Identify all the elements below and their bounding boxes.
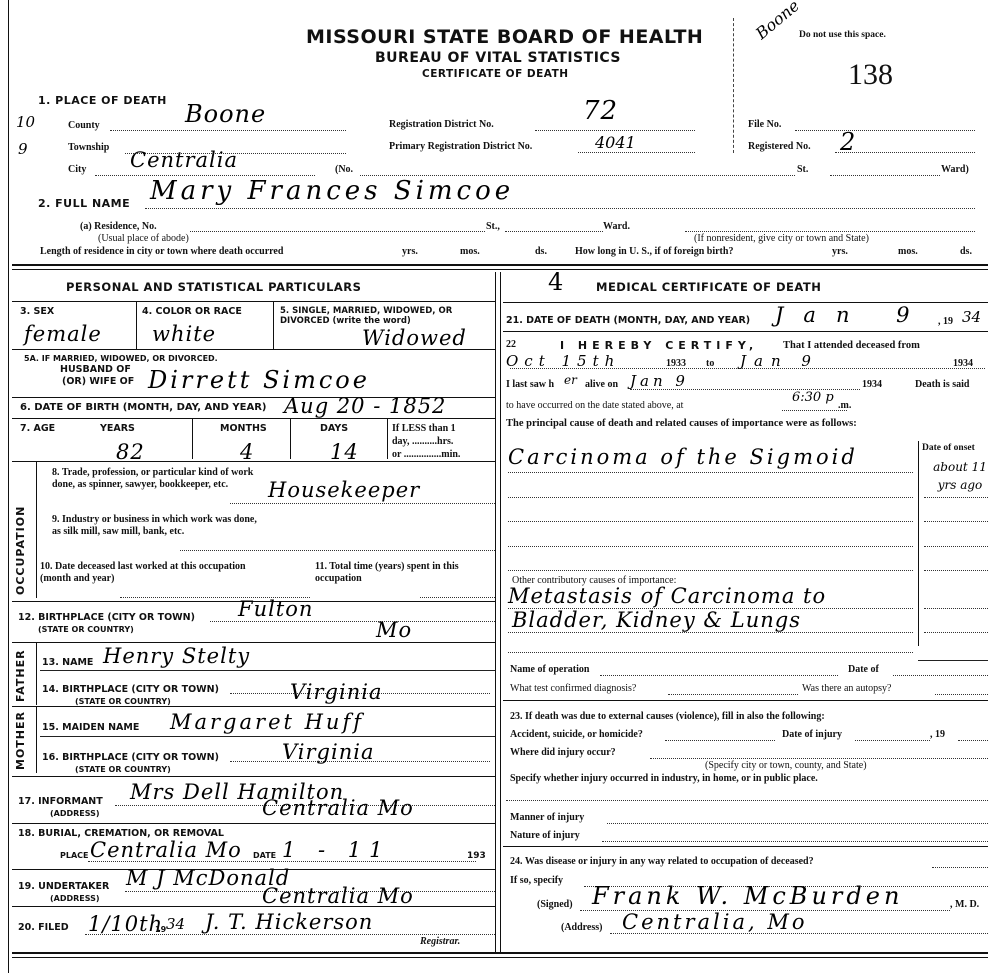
certify-heading: I HEREBY CERTIFY, (560, 339, 758, 352)
md-label: , M. D. (950, 899, 979, 910)
death-said-label: Death is said (915, 379, 969, 390)
burial-field (88, 861, 476, 862)
autopsy-label: Was there an autopsy? (802, 683, 891, 694)
onset-line-1 (924, 497, 988, 498)
age-label: 7. AGE (20, 423, 55, 434)
city-label: City (68, 164, 86, 175)
divider (136, 302, 137, 349)
operation-label: Name of operation (510, 664, 589, 675)
where-field[interactable] (650, 758, 988, 759)
registrar-label: Registrar. (420, 936, 460, 947)
test-label: What test confirmed diagnosis? (510, 683, 636, 694)
onset-box-bottom (918, 660, 988, 661)
stamp-number: 138 (848, 58, 893, 92)
total-time-label: 11. Total time (years) spent in this occ… (315, 561, 465, 585)
where-label: Where did injury occur? (510, 747, 616, 758)
date-last-worked-label: 10. Date deceased last worked at this oc… (40, 561, 260, 585)
alive-on-value[interactable]: Jan 9 (630, 372, 689, 390)
header-bottom-rule (12, 264, 988, 266)
do-not-use-note: Do not use this space. (799, 30, 886, 40)
father-name-value[interactable]: Henry Stelty (103, 644, 250, 668)
us-mos: mos. (898, 246, 918, 257)
industry-label: 9. Industry or business in which work wa… (52, 514, 262, 538)
sex-value[interactable]: female (24, 322, 102, 346)
race-label: 4. COLOR OR RACE (142, 306, 242, 317)
filed-field (85, 934, 495, 935)
father-bracket (36, 643, 37, 705)
nature-field[interactable] (602, 841, 988, 842)
principal-cause-label: The principal cause of death and related… (506, 418, 857, 429)
attended-to-value[interactable]: Jan 9 (740, 352, 819, 370)
signed-label: (Signed) (537, 899, 573, 910)
trade-value: Housekeeper (268, 478, 420, 502)
burial-date-value[interactable]: 1 - 11 (282, 838, 391, 862)
birthplace-state-value: Mo (376, 618, 412, 642)
contributory-line-3 (508, 652, 913, 653)
total-time-field[interactable] (420, 597, 495, 598)
father-birthplace-sublabel: (STATE OR COUNTRY) (75, 697, 171, 706)
rule (12, 301, 495, 302)
physician-address[interactable]: Centralia, Mo (622, 910, 807, 934)
occurred-label: to have occurred on the date stated abov… (506, 400, 683, 411)
age-years-label: YEARS (100, 423, 135, 434)
divider (273, 302, 274, 349)
how-long-us-label: How long in U. S., if of foreign birth? (575, 246, 733, 257)
mother-side-label: MOTHER (14, 711, 27, 770)
nonresident-note: (If nonresident, give city or town and S… (694, 233, 869, 244)
race-value[interactable]: white (152, 322, 216, 346)
residence-label: (a) Residence, No. (80, 221, 157, 232)
time-value[interactable]: 6:30 p (792, 390, 834, 405)
length-yrs: yrs. (402, 246, 418, 257)
spouse-label-husband: HUSBAND OF (60, 364, 131, 375)
divider (290, 419, 291, 459)
accident-field[interactable] (665, 740, 775, 741)
us-yrs: yrs. (832, 246, 848, 257)
registrar-signature: J. T. Hickerson (205, 910, 373, 934)
specify-where-field[interactable] (506, 800, 988, 801)
mother-bracket (36, 707, 37, 773)
manner-field[interactable] (607, 823, 988, 824)
contributory-value-1[interactable]: Metastasis of Carcinoma to (508, 584, 826, 608)
city-value: Centralia (130, 148, 238, 172)
address-label: (Address) (561, 922, 602, 933)
header-bottom-rule-2 (12, 269, 988, 270)
hours-label: day, ..........hrs. (392, 436, 453, 447)
nonresident-field[interactable] (685, 231, 975, 232)
file-no-label: File No. (748, 119, 781, 130)
residence-st-label: St., (486, 221, 500, 232)
mother-birthplace-sublabel: (STATE OR COUNTRY) (75, 765, 171, 774)
burial-year: 193 (467, 851, 486, 861)
mother-birthplace-value: Virginia (282, 740, 374, 764)
onset-line-2 (924, 521, 988, 522)
rule (12, 776, 495, 777)
contributory-value-2[interactable]: Bladder, Kidney & Lungs (512, 608, 801, 632)
residence-ward-field[interactable] (505, 231, 603, 232)
st-label: St. (797, 164, 808, 175)
onset-label: Date of onset (922, 443, 975, 453)
county-field[interactable] (110, 130, 346, 131)
test-field[interactable] (668, 694, 798, 695)
age-months-label: MONTHS (220, 423, 267, 434)
certificate-subtitle: BUREAU OF VITAL STATISTICS (375, 50, 621, 66)
trade-field[interactable] (230, 503, 495, 504)
specify-where-label: Specify whether injury occurred in indus… (510, 773, 818, 784)
mother-birthplace-label: 16. BIRTHPLACE (CITY OR TOWN) (42, 752, 219, 763)
full-name-field[interactable] (145, 208, 975, 209)
rule (503, 846, 988, 847)
us-ds: ds. (960, 246, 972, 257)
rule (40, 670, 495, 671)
corner-scrawl: Boone (752, 0, 803, 43)
left-border (8, 0, 9, 973)
date-of-field[interactable] (893, 675, 988, 676)
place-of-death-label: 1. PLACE OF DEATH (38, 94, 167, 107)
certify-number: 22 (506, 339, 516, 350)
if-so-label: If so, specify (510, 875, 563, 886)
alive-year: 1934 (862, 379, 882, 390)
date-of-label: Date of (848, 664, 879, 675)
last-saw-pronoun[interactable]: er (564, 373, 577, 387)
medical-margin-mark: 4 (548, 268, 564, 296)
onset-line-3 (924, 546, 988, 547)
onset-line-5 (924, 608, 988, 609)
primary-reg-value: 4041 (595, 133, 636, 152)
filed-label: 20. FILED (18, 922, 69, 933)
rule (503, 700, 988, 701)
footer-rule-2 (12, 957, 988, 958)
operation-field[interactable] (600, 675, 838, 676)
less-than-1-label: If LESS than 1 (392, 423, 456, 434)
marital-value[interactable]: Widowed (362, 326, 467, 350)
alive-on-label: alive on (585, 379, 618, 390)
rule (12, 461, 495, 462)
onset-divider (918, 441, 919, 646)
mother-name-label: 15. MAIDEN NAME (42, 722, 139, 733)
principal-cause-value[interactable]: Carcinoma of the Sigmoid (508, 445, 858, 469)
external-causes-label: 23. If death was due to external causes … (510, 711, 825, 722)
contributory-line-2 (508, 632, 913, 633)
rule (12, 418, 495, 419)
onset-line-4 (924, 570, 988, 571)
dob-value[interactable]: Aug 20 - 1852 (284, 394, 446, 418)
dod-year-value[interactable]: 34 (962, 308, 981, 326)
rule (503, 331, 988, 332)
nature-label: Nature of injury (510, 830, 580, 841)
burial-place-label: PLACE (60, 851, 89, 860)
occupation-bracket (36, 462, 37, 598)
cause-line-4 (508, 546, 913, 547)
father-name-label: 13. NAME (42, 657, 93, 668)
attended-from-year: 1933 (666, 358, 686, 369)
injury-date-field[interactable] (855, 740, 930, 741)
time-suffix: .m. (838, 400, 851, 411)
registered-no-label: Registered No. (748, 141, 811, 152)
residence-ward-label: Ward. (603, 221, 630, 232)
burial-date-label: DATE (253, 851, 276, 860)
undertaker-label: 19. UNDERTAKER (18, 881, 109, 892)
cause-line-1 (508, 472, 913, 473)
informant-address-value: Centralia Mo (262, 796, 414, 820)
dod-year-prefix: , 19 (938, 316, 953, 327)
full-name-label: 2. FULL NAME (38, 197, 130, 210)
father-birthplace-value: Virginia (290, 680, 382, 704)
dob-label: 6. DATE OF BIRTH (MONTH, DAY, AND YEAR) (20, 402, 267, 413)
certify-text: That I attended deceased from (783, 340, 920, 351)
residence-sublabel: (Usual place of abode) (98, 233, 189, 244)
spouse-label-wife: (OR) WIFE OF (62, 376, 134, 387)
center-divider-a (495, 272, 496, 952)
length-residence-label: Length of residence in city or town wher… (40, 246, 283, 257)
township-label: Township (68, 142, 109, 153)
margin-note-1: 10 (16, 113, 35, 131)
length-ds: ds. (535, 246, 547, 257)
reg-district-value: 72 (583, 96, 618, 126)
cause-line-3 (508, 521, 913, 522)
informant-label: 17. INFORMANT (18, 796, 103, 807)
accident-label: Accident, suicide, or homicide? (510, 729, 643, 740)
onset-line-6 (924, 632, 988, 633)
length-mos: mos. (460, 246, 480, 257)
reg-district-field[interactable] (535, 130, 695, 131)
autopsy-field[interactable] (935, 694, 988, 695)
rule (12, 906, 495, 907)
age-days-label: DAYS (320, 423, 348, 434)
residence-field[interactable] (190, 231, 485, 232)
registered-no-value: 2 (840, 128, 856, 156)
cause-line-5 (508, 570, 913, 571)
primary-reg-field[interactable] (578, 152, 695, 153)
injury-year-label: , 19 (930, 729, 945, 740)
medical-section-title: MEDICAL CERTIFICATE OF DEATH (596, 280, 821, 294)
minutes-label: or ...............min. (392, 449, 460, 460)
ward-field[interactable] (830, 175, 940, 176)
divider (387, 419, 388, 459)
rule (12, 706, 495, 707)
rule (12, 823, 495, 824)
dod-value[interactable]: Jan 9 (775, 303, 930, 327)
birthplace-city-field[interactable] (210, 621, 495, 622)
marital-label: 5. SINGLE, MARRIED, WIDOWED, OR DIVORCED… (280, 306, 480, 326)
footer-rule (12, 952, 988, 954)
filed-year-prefix: 19 (155, 925, 166, 934)
rule (40, 736, 495, 737)
manner-label: Manner of injury (510, 812, 584, 823)
file-no-field[interactable] (795, 130, 975, 131)
county-value: Boone (185, 100, 266, 128)
cause-line-2 (508, 497, 913, 498)
header-divider (733, 18, 734, 153)
injury-date-label: Date of injury (782, 729, 842, 740)
onset-value[interactable]: about 11 yrs ago (922, 458, 998, 494)
rule (12, 642, 495, 643)
father-side-label: FATHER (14, 649, 27, 702)
form-name: CERTIFICATE OF DEATH (422, 68, 569, 80)
rule (12, 349, 495, 350)
filed-year-value[interactable]: 34 (166, 915, 185, 933)
attended-to-year: 1934 (953, 358, 973, 369)
informant-sublabel: (ADDRESS) (50, 809, 100, 818)
occupation-answer-field[interactable] (932, 867, 988, 868)
filed-date-value[interactable]: 1/10th (88, 912, 163, 936)
ward-label: Ward) (941, 164, 969, 175)
center-divider-b (500, 272, 501, 952)
reg-district-label: Registration District No. (389, 119, 494, 130)
attended-to-label: to (706, 358, 714, 369)
trade-label: 8. Trade, profession, or particular kind… (52, 467, 262, 491)
injury-year-field[interactable] (958, 740, 988, 741)
occupation-side-label: OCCUPATION (14, 506, 27, 595)
county-label: County (68, 120, 100, 131)
sex-label: 3. SEX (20, 306, 54, 317)
physician-signature[interactable]: Frank W. McBurden (592, 882, 903, 910)
primary-reg-label: Primary Registration District No. (389, 141, 532, 152)
birthplace-city-value: Fulton (238, 597, 313, 621)
occupation-question: 24. Was disease or injury in any way rel… (510, 856, 814, 867)
address-field (610, 933, 988, 934)
margin-note-2: 9 (18, 140, 28, 158)
dod-label: 21. DATE OF DEATH (MONTH, DAY, AND YEAR) (506, 315, 750, 326)
undertaker-address-value: Centralia Mo (262, 884, 414, 908)
full-name-value: Mary Frances Simcoe (150, 176, 514, 206)
birthplace-sublabel: (STATE OR COUNTRY) (38, 625, 134, 634)
street-no-label: (No. (335, 164, 353, 175)
mother-name-value[interactable]: Margaret Huff (170, 710, 364, 734)
undertaker-sublabel: (ADDRESS) (50, 894, 100, 903)
certificate-title: MISSOURI STATE BOARD OF HEALTH (306, 26, 703, 48)
burial-place-value[interactable]: Centralia Mo (90, 838, 242, 862)
divider (192, 419, 193, 459)
spouse-value[interactable]: Dirrett Simcoe (148, 366, 370, 394)
spouse-label: 5A. IF MARRIED, WIDOWED, OR DIVORCED. (24, 354, 218, 363)
industry-field[interactable] (180, 550, 495, 551)
father-birthplace-label: 14. BIRTHPLACE (CITY OR TOWN) (42, 684, 219, 695)
specify-city-note: (Specify city or town, county, and State… (705, 760, 867, 771)
last-saw-label: I last saw h (506, 379, 554, 390)
personal-section-title: PERSONAL AND STATISTICAL PARTICULARS (66, 280, 361, 294)
birthplace-label: 12. BIRTHPLACE (CITY OR TOWN) (18, 612, 195, 623)
